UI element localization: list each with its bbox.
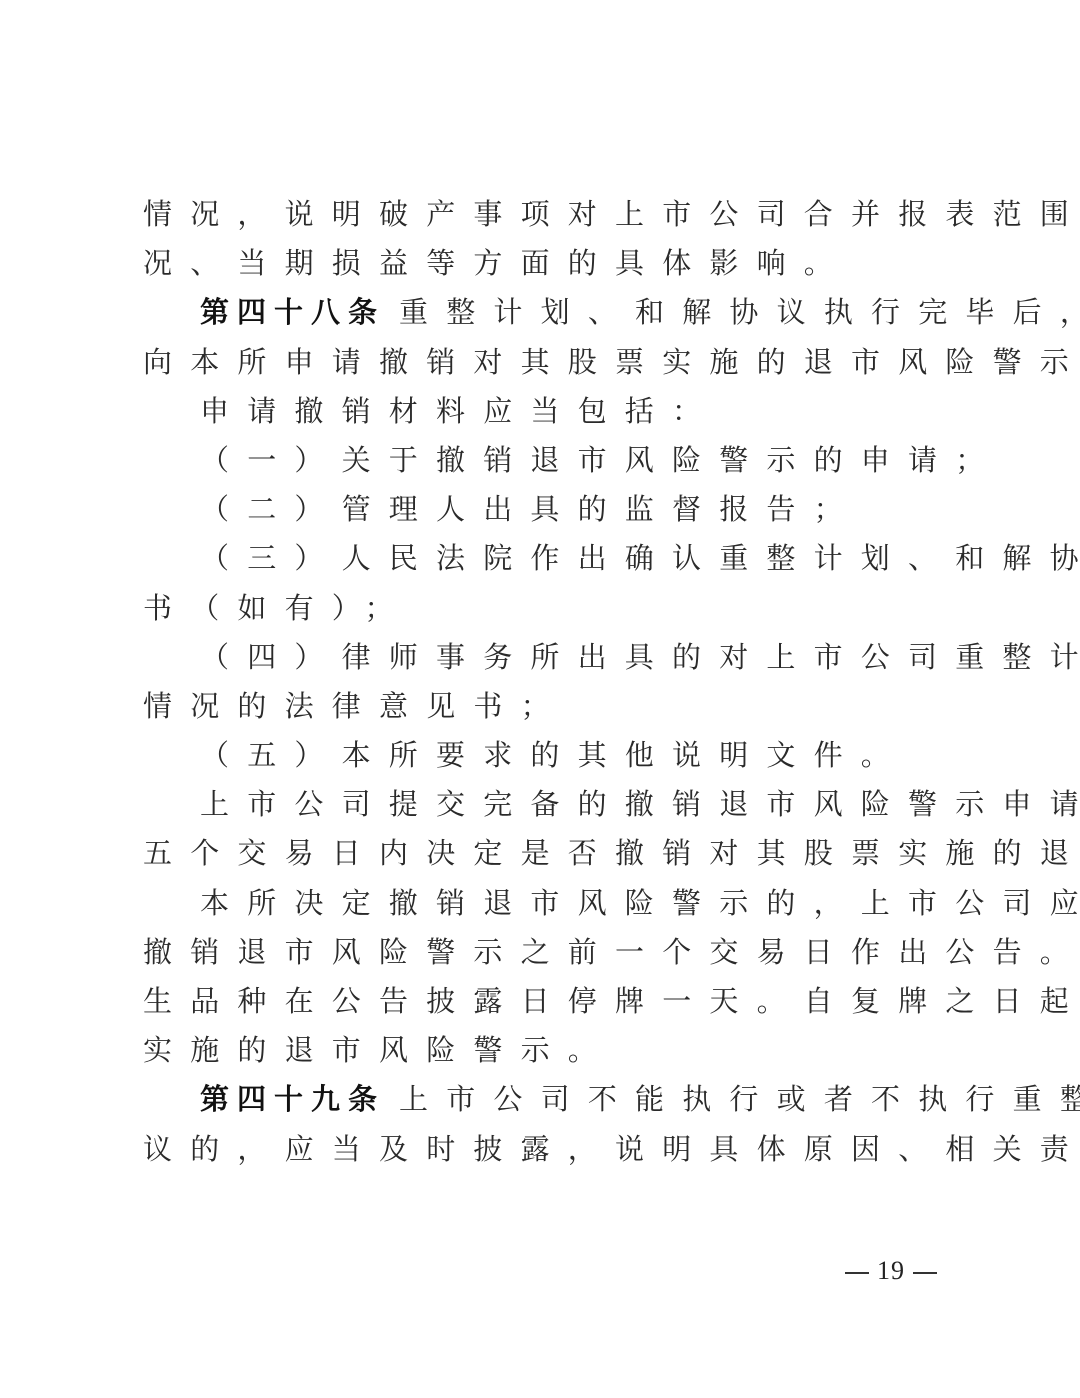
materials-intro: 申请撤销材料应当包括： — [143, 387, 949, 436]
text-line-1: 情况，说明破产事项对上市公司合并报表范围、主营业务、财务状 — [143, 190, 949, 239]
paragraph-announcement-cont-2: 生品种在公告披露日停牌一天。自复牌之日起，本所撤销对其股票 — [143, 977, 949, 1026]
list-item-3: （三）人民法院作出确认重整计划、和解协议执行完毕的裁定 — [143, 534, 949, 583]
text-line-2: 况、当期损益等方面的具体影响。 — [143, 239, 949, 288]
paragraph-announcement-cont-3: 实施的退市风险警示。 — [143, 1026, 949, 1075]
list-item-3-cont: 书（如有）； — [143, 584, 949, 633]
paragraph-decision: 上市公司提交完备的撤销退市风险警示申请材料的，本所在十 — [143, 780, 949, 829]
article-49-line-1: 第四十九条上市公司不能执行或者不执行重整计划、和解协 — [143, 1075, 949, 1124]
dash-left — [845, 1272, 869, 1273]
page-number-value: 19 — [877, 1256, 905, 1285]
list-item-2: （二）管理人出具的监督报告； — [143, 485, 949, 534]
list-item-4-cont: 情况的法律意见书； — [143, 682, 949, 731]
document-body: 情况，说明破产事项对上市公司合并报表范围、主营业务、财务状 况、当期损益等方面的… — [143, 190, 949, 1174]
article-49-line-2: 议的，应当及时披露，说明具体原因、相关责任归属、后续安排等， — [143, 1125, 949, 1174]
paragraph-announcement: 本所决定撤销退市风险警示的，上市公司应当按照本所要求在 — [143, 879, 949, 928]
article-48-text: 重整计划、和解协议执行完毕后，上市公司可以 — [399, 295, 1080, 329]
text-line-4: 向本所申请撤销对其股票实施的退市风险警示，并同时作出公告。 — [143, 338, 949, 387]
dash-right — [913, 1272, 937, 1273]
paragraph-announcement-cont-1: 撤销退市风险警示之前一个交易日作出公告。上市公司股票及其衍 — [143, 928, 949, 977]
article-49-text: 上市公司不能执行或者不执行重整计划、和解协 — [399, 1082, 1080, 1116]
list-item-1: （一）关于撤销退市风险警示的申请； — [143, 436, 949, 485]
article-49-heading: 第四十九条 — [200, 1082, 385, 1116]
article-48-heading: 第四十八条 — [200, 295, 385, 329]
page-number: 19 — [837, 1256, 945, 1286]
paragraph-decision-cont: 五个交易日内决定是否撤销对其股票实施的退市风险警示。 — [143, 829, 949, 878]
article-48-line-1: 第四十八条重整计划、和解协议执行完毕后，上市公司可以 — [143, 288, 949, 337]
list-item-5: （五）本所要求的其他说明文件。 — [143, 731, 949, 780]
list-item-4: （四）律师事务所出具的对上市公司重整计划、和解协议执行 — [143, 633, 949, 682]
